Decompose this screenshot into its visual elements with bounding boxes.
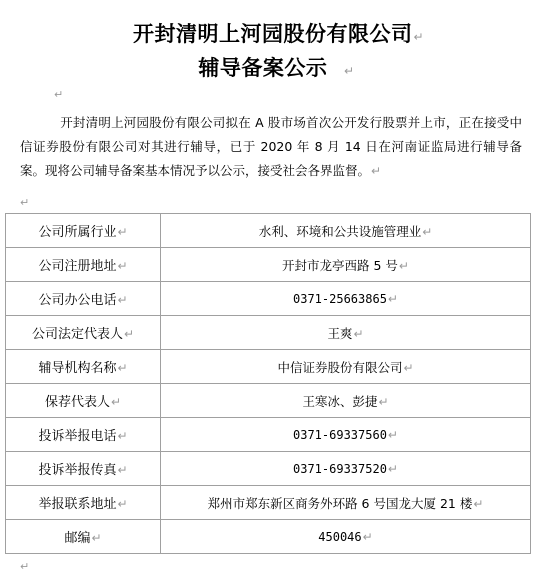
body-paragraph: 开封清明上河园股份有限公司拟在 A 股市场首次公开发行股票并上市，正在接受中信证… [20, 111, 522, 183]
row-value: 0371-69337560↵ [161, 418, 531, 452]
row-label: 公司办公电话↵ [6, 282, 161, 316]
row-label: 邮编↵ [6, 520, 161, 554]
body-text: 开封清明上河园股份有限公司拟在 A 股市场首次公开发行股票并上市，正在接受中信证… [20, 115, 522, 178]
cell-mark-icon: ↵ [117, 225, 127, 239]
row-value: 450046↵ [161, 520, 531, 554]
cell-mark-icon: ↵ [111, 395, 121, 409]
row-label: 公司注册地址↵ [6, 248, 161, 282]
paragraph-mark-icon: ↵ [413, 30, 424, 44]
row-label: 辅导机构名称↵ [6, 350, 161, 384]
row-value: 开封市龙亭西路 5 号↵ [161, 248, 531, 282]
cell-mark-icon: ↵ [422, 225, 432, 239]
table-row: 保荐代表人↵ 王寒冰、彭捷↵ [6, 384, 531, 418]
table-row: 公司法定代表人↵ 王爽↵ [6, 316, 531, 350]
cell-mark-icon: ↵ [388, 292, 398, 306]
paragraph-mark-icon: ↵ [344, 64, 355, 78]
empty-paragraph-mark-icon: ↵ [20, 196, 29, 209]
empty-paragraph-mark-icon: ↵ [54, 88, 63, 101]
title-text: 辅导备案公示 [198, 56, 327, 80]
table-row: 公司注册地址↵ 开封市龙亭西路 5 号↵ [6, 248, 531, 282]
cell-mark-icon: ↵ [124, 327, 134, 341]
row-value: 水利、环境和公共设施管理业↵ [161, 214, 531, 248]
table-row: 辅导机构名称↵ 中信证券股份有限公司↵ [6, 350, 531, 384]
row-value: 中信证券股份有限公司↵ [161, 350, 531, 384]
table-row: 投诉举报电话↵ 0371-69337560↵ [6, 418, 531, 452]
cell-mark-icon: ↵ [473, 497, 483, 511]
cell-mark-icon: ↵ [91, 531, 101, 545]
row-value: 郑州市郑东新区商务外环路 6 号国龙大厦 21 楼↵ [161, 486, 531, 520]
cell-mark-icon: ↵ [378, 395, 388, 409]
document-title-line-2: 辅导备案公示 ↵ [0, 52, 537, 82]
row-label: 公司法定代表人↵ [6, 316, 161, 350]
row-label: 举报联系地址↵ [6, 486, 161, 520]
cell-mark-icon: ↵ [117, 293, 127, 307]
table-row: 公司办公电话↵ 0371-25663865↵ [6, 282, 531, 316]
row-value: 0371-69337520↵ [161, 452, 531, 486]
cell-mark-icon: ↵ [117, 429, 127, 443]
row-label: 投诉举报传真↵ [6, 452, 161, 486]
row-label: 公司所属行业↵ [6, 214, 161, 248]
cell-mark-icon: ↵ [388, 428, 398, 442]
row-value: 0371-25663865↵ [161, 282, 531, 316]
row-value: 王爽↵ [161, 316, 531, 350]
cell-mark-icon: ↵ [117, 361, 127, 375]
row-value: 王寒冰、彭捷↵ [161, 384, 531, 418]
document-title-line-1: 开封清明上河园股份有限公司↵ [0, 18, 537, 48]
cell-mark-icon: ↵ [117, 259, 127, 273]
row-label: 投诉举报电话↵ [6, 418, 161, 452]
cell-mark-icon: ↵ [353, 327, 363, 341]
cell-mark-icon: ↵ [403, 361, 413, 375]
empty-paragraph-mark-icon: ↵ [20, 560, 29, 572]
row-label: 保荐代表人↵ [6, 384, 161, 418]
cell-mark-icon: ↵ [117, 463, 127, 477]
table-row: 举报联系地址↵ 郑州市郑东新区商务外环路 6 号国龙大厦 21 楼↵ [6, 486, 531, 520]
title-text: 开封清明上河园股份有限公司 [133, 22, 413, 46]
table-row: 投诉举报传真↵ 0371-69337520↵ [6, 452, 531, 486]
paragraph-mark-icon: ↵ [371, 164, 381, 178]
table-row: 邮编↵ 450046↵ [6, 520, 531, 554]
table-row: 公司所属行业↵ 水利、环境和公共设施管理业↵ [6, 214, 531, 248]
cell-mark-icon: ↵ [399, 259, 409, 273]
cell-mark-icon: ↵ [388, 462, 398, 476]
registration-info-table: 公司所属行业↵ 水利、环境和公共设施管理业↵ 公司注册地址↵ 开封市龙亭西路 5… [5, 213, 531, 554]
cell-mark-icon: ↵ [117, 497, 127, 511]
cell-mark-icon: ↵ [363, 530, 373, 544]
